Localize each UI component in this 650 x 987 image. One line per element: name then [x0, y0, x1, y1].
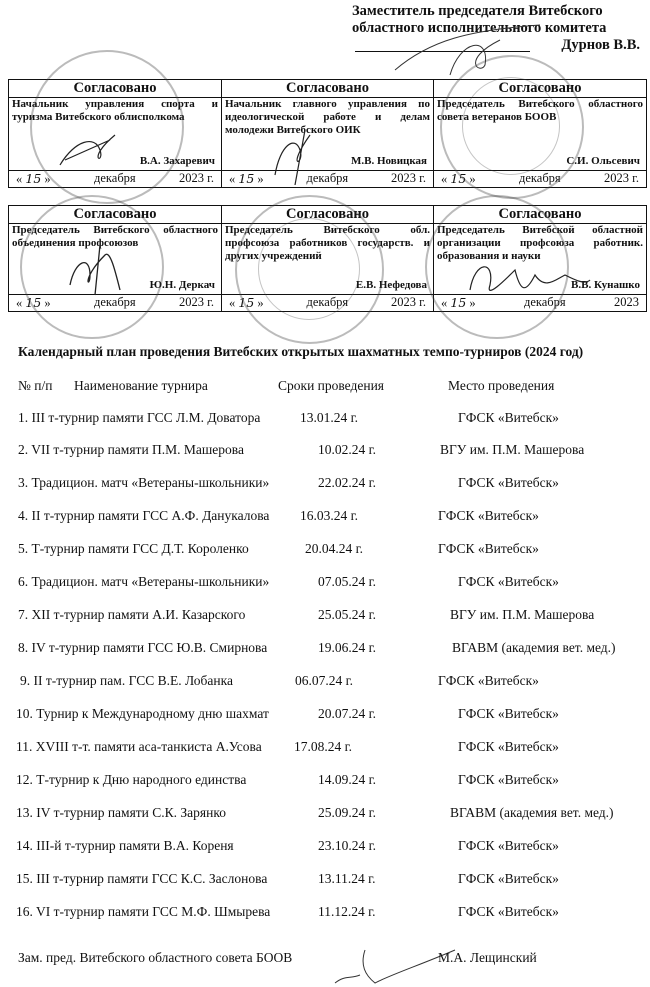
quote-open: «	[16, 172, 22, 186]
quote-close: »	[257, 172, 263, 186]
approvals-table-1: Согласовано Согласовано Согласовано Нача…	[8, 79, 647, 188]
approver-name: Дурнов В.В.	[561, 37, 640, 53]
tournament-place: ГФСК «Витебск»	[458, 475, 559, 491]
tournament-date: 06.07.24 г.	[295, 673, 353, 689]
tournament-number: 9.	[20, 673, 30, 688]
tournament-number: 1.	[18, 410, 28, 425]
approver-title-line1: Заместитель председателя Витебского	[352, 3, 642, 20]
approval-role: Председатель Витебской областной организ…	[437, 224, 643, 263]
tournament-place: ГФСК «Витебск»	[458, 871, 559, 887]
column-header-dates: Сроки проведения	[278, 378, 384, 394]
approval-cell: Председатель Витебской областной организ…	[434, 224, 647, 295]
quote-open: «	[441, 296, 447, 310]
tournament-row: 3. Традицион. матч «Ветераны-школьники»2…	[0, 475, 650, 493]
tournament-date: 16.03.24 г.	[300, 508, 358, 524]
approval-day: 15	[238, 171, 254, 186]
tournament-title: Т-турнир памяти ГСС Д.Т. Короленко	[32, 541, 249, 556]
tournament-row: 16. VI т-турнир памяти ГСС М.Ф. Шмырева1…	[0, 904, 650, 922]
tournament-date: 07.05.24 г.	[318, 574, 376, 590]
approval-cell: Начальник главного управления по идеолог…	[222, 98, 434, 171]
tournament-number: 14.	[16, 838, 33, 853]
quote-open: «	[229, 172, 235, 186]
approval-day: 15	[450, 171, 466, 186]
tournament-row: 6. Традицион. матч «Ветераны-школьники»0…	[0, 574, 650, 592]
tournament-date: 10.02.24 г.	[318, 442, 376, 458]
tournament-number: 6.	[18, 574, 28, 589]
tournament-row: 15. III т-турнир памяти ГСС К.С. Заслоно…	[0, 871, 650, 889]
tournament-date: 22.02.24 г.	[318, 475, 376, 491]
tournament-number: 8.	[18, 640, 28, 655]
tournament-name: 11. XVIII т-т. памяти аса-танкиста А.Усо…	[16, 739, 262, 755]
approver-name-line: Дурнов В.В.	[352, 37, 642, 54]
tournament-place: ГФСК «Витебск»	[458, 739, 559, 755]
column-header-num: № п/п	[18, 378, 52, 394]
approval-role: Председатель Витебского обл. профсоюза р…	[225, 224, 430, 263]
approval-role: Председатель Витебского областного объед…	[12, 224, 218, 250]
tournament-row: 5. Т-турнир памяти ГСС Д.Т. Короленко20.…	[0, 541, 650, 559]
quote-close: »	[469, 296, 475, 310]
tournament-row: 14. III-й т-турнир памяти В.А. Кореня23.…	[0, 838, 650, 856]
approval-year: 2023 г.	[604, 171, 639, 187]
tournament-date: 20.07.24 г.	[318, 706, 376, 722]
approval-day: 15	[450, 295, 466, 310]
tournament-row: 7. XII т-турнир памяти А.И. Казарского25…	[0, 607, 650, 625]
column-header-name: Наименование турнира	[74, 378, 208, 394]
approval-date: « 15 » декабря 2023	[434, 295, 647, 312]
tournament-name: 1. III т-турнир памяти ГСС Л.М. Доватора	[18, 410, 260, 426]
approval-cell: Председатель Витебского областного совет…	[434, 98, 647, 171]
approval-role: Председатель Витебского областного совет…	[437, 98, 643, 124]
quote-open: «	[441, 172, 447, 186]
tournament-name: 8. IV т-турнир памяти ГСС Ю.В. Смирнова	[18, 640, 267, 656]
approval-month: декабря	[306, 295, 348, 311]
tournament-row: 1. III т-турнир памяти ГСС Л.М. Доватора…	[0, 410, 650, 428]
tournament-row: 8. IV т-турнир памяти ГСС Ю.В. Смирнова1…	[0, 640, 650, 658]
tournament-title: III т-турнир памяти ГСС Л.М. Доватора	[32, 410, 261, 425]
tournament-name: 16. VI т-турнир памяти ГСС М.Ф. Шмырева	[16, 904, 270, 920]
approval-header: Согласовано	[434, 80, 647, 98]
approval-year: 2023 г.	[179, 171, 214, 187]
tournament-name: 15. III т-турнир памяти ГСС К.С. Заслоно…	[16, 871, 267, 887]
approval-name: В.А. Захаревич	[140, 155, 215, 168]
tournament-number: 15.	[16, 871, 33, 886]
tournament-place: ГФСК «Витебск»	[458, 410, 559, 426]
approval-month: декабря	[519, 171, 561, 187]
approval-year: 2023 г.	[391, 171, 426, 187]
tournament-place: ГФСК «Витебск»	[438, 673, 539, 689]
approval-day: 15	[25, 171, 41, 186]
tournament-date: 17.08.24 г.	[294, 739, 352, 755]
approval-year: 2023 г.	[391, 295, 426, 311]
tournament-title: III т-турнир памяти ГСС К.С. Заслонова	[36, 871, 267, 886]
quote-open: «	[16, 296, 22, 310]
column-header-place: Место проведения	[448, 378, 554, 394]
approval-role: Начальник главного управления по идеолог…	[225, 98, 430, 137]
approver-title-line2: областного исполнительного комитета	[352, 20, 642, 37]
tournament-place: ВГУ им. П.М. Машерова	[440, 442, 584, 458]
plan-title: Календарный план проведения Витебских от…	[18, 344, 583, 360]
tournament-title: Традицион. матч «Ветераны-школьники»	[32, 574, 270, 589]
tournament-number: 3.	[18, 475, 28, 490]
approval-date: « 15 » декабря 2023 г.	[9, 295, 222, 312]
tournament-title: II т-турнир пам. ГСС В.Е. Лобанка	[34, 673, 233, 688]
tournament-number: 2.	[18, 442, 28, 457]
tournament-name: 2. VII т-турнир памяти П.М. Машерова	[18, 442, 244, 458]
approval-cell: Председатель Витебского областного объед…	[9, 224, 222, 295]
tournament-number: 5.	[18, 541, 28, 556]
approval-header: Согласовано	[222, 80, 434, 98]
tournament-place: ГФСК «Витебск»	[458, 574, 559, 590]
tournament-title: Традицион. матч «Ветераны-школьники»	[32, 475, 270, 490]
tournament-name: 5. Т-турнир памяти ГСС Д.Т. Короленко	[18, 541, 249, 557]
tournament-name: 4. II т-турнир памяти ГСС А.Ф. Данукалов…	[18, 508, 269, 524]
signature-line	[355, 51, 530, 52]
tournament-place: ВГУ им. П.М. Машерова	[450, 607, 594, 623]
tournament-date: 23.10.24 г.	[318, 838, 376, 854]
approval-month: декабря	[94, 295, 136, 311]
approval-date: « 15 » декабря 2023 г.	[434, 171, 647, 188]
tournament-number: 10.	[16, 706, 33, 721]
tournament-number: 16.	[16, 904, 33, 919]
tournament-row: 13. IV т-турнир памяти С.К. Зарянко25.09…	[0, 805, 650, 823]
tournament-date: 13.01.24 г.	[300, 410, 358, 426]
tournament-date: 25.09.24 г.	[318, 805, 376, 821]
approval-month: декабря	[524, 295, 566, 311]
approver-block: Заместитель председателя Витебского обла…	[352, 3, 642, 54]
approval-header: Согласовано	[434, 206, 647, 224]
approval-name: М.В. Новицкая	[351, 155, 427, 168]
tournament-row: 12. Т-турнир к Дню народного единства14.…	[0, 772, 650, 790]
tournament-place: ВГАВМ (академия вет. мед.)	[450, 805, 614, 821]
tournament-name: 6. Традицион. матч «Ветераны-школьники»	[18, 574, 269, 590]
tournament-title: Турнир к Международному дню шахмат	[36, 706, 269, 721]
quote-close: »	[44, 172, 50, 186]
tournament-date: 20.04.24 г.	[305, 541, 363, 557]
tournament-title: Т-турнир к Дню народного единства	[36, 772, 246, 787]
tournament-name: 13. IV т-турнир памяти С.К. Зарянко	[16, 805, 226, 821]
tournament-name: 7. XII т-турнир памяти А.И. Казарского	[18, 607, 245, 623]
tournament-place: ГФСК «Витебск»	[438, 508, 539, 524]
footer-position: Зам. пред. Витебского областного совета …	[18, 950, 292, 966]
quote-open: «	[229, 296, 235, 310]
approval-date: « 15 » декабря 2023 г.	[222, 295, 434, 312]
tournament-row: 11. XVIII т-т. памяти аса-танкиста А.Усо…	[0, 739, 650, 757]
tournament-title: III-й т-турнир памяти В.А. Кореня	[36, 838, 233, 853]
tournament-name: 3. Традицион. матч «Ветераны-школьники»	[18, 475, 269, 491]
tournament-number: 7.	[18, 607, 28, 622]
tournament-title: XVIII т-т. памяти аса-танкиста А.Усова	[36, 739, 262, 754]
tournament-row: 10. Турнир к Международному дню шахмат20…	[0, 706, 650, 724]
tournament-date: 13.11.24 г.	[318, 871, 376, 887]
tournament-number: 13.	[16, 805, 33, 820]
quote-close: »	[469, 172, 475, 186]
approval-name: С.И. Ольсевич	[566, 155, 640, 168]
tournament-name: 14. III-й т-турнир памяти В.А. Кореня	[16, 838, 234, 854]
approval-header: Согласовано	[9, 80, 222, 98]
approval-date: « 15 » декабря 2023 г.	[222, 171, 434, 188]
approval-name: Ю.Н. Деркач	[150, 279, 215, 292]
approval-role: Начальник управления спорта и туризма Ви…	[12, 98, 218, 124]
tournament-number: 12.	[16, 772, 33, 787]
approval-date: « 15 » декабря 2023 г.	[9, 171, 222, 188]
approval-year: 2023 г.	[179, 295, 214, 311]
tournament-place: ГФСК «Витебск»	[458, 904, 559, 920]
approval-header: Согласовано	[9, 206, 222, 224]
approval-name: В.В. Кунашко	[571, 279, 640, 292]
tournament-title: VI т-турнир памяти ГСС М.Ф. Шмырева	[36, 904, 270, 919]
tournament-place: ГФСК «Витебск»	[458, 838, 559, 854]
tournament-name: 12. Т-турнир к Дню народного единства	[16, 772, 246, 788]
tournament-date: 19.06.24 г.	[318, 640, 376, 656]
tournament-title: IV т-турнир памяти С.К. Зарянко	[36, 805, 226, 820]
approval-cell: Председатель Витебского обл. профсоюза р…	[222, 224, 434, 295]
tournament-row: 4. II т-турнир памяти ГСС А.Ф. Данукалов…	[0, 508, 650, 526]
approval-day: 15	[238, 295, 254, 310]
approval-cell: Начальник управления спорта и туризма Ви…	[9, 98, 222, 171]
approval-name: Е.В. Нефедова	[356, 279, 427, 292]
tournament-number: 4.	[18, 508, 28, 523]
tournament-number: 11.	[16, 739, 32, 754]
tournament-row: 2. VII т-турнир памяти П.М. Машерова10.0…	[0, 442, 650, 460]
approval-month: декабря	[306, 171, 348, 187]
tournament-place: ГФСК «Витебск»	[458, 772, 559, 788]
tournament-name: 9. II т-турнир пам. ГСС В.Е. Лобанка	[20, 673, 233, 689]
approval-header: Согласовано	[222, 206, 434, 224]
tournament-title: IV т-турнир памяти ГСС Ю.В. Смирнова	[32, 640, 268, 655]
tournament-row: 9. II т-турнир пам. ГСС В.Е. Лобанка06.0…	[0, 673, 650, 691]
tournament-title: VII т-турнир памяти П.М. Машерова	[31, 442, 244, 457]
approvals-table-2: Согласовано Согласовано Согласовано Пред…	[8, 205, 647, 312]
quote-close: »	[44, 296, 50, 310]
tournament-place: ВГАВМ (академия вет. мед.)	[452, 640, 616, 656]
tournament-place: ГФСК «Витебск»	[438, 541, 539, 557]
footer-name: М.А. Лещинский	[438, 950, 537, 966]
quote-close: »	[257, 296, 263, 310]
approval-year: 2023	[614, 295, 639, 311]
tournament-title: XII т-турнир памяти А.И. Казарского	[32, 607, 246, 622]
approval-month: декабря	[94, 171, 136, 187]
tournament-place: ГФСК «Витебск»	[458, 706, 559, 722]
approval-day: 15	[25, 295, 41, 310]
tournament-date: 25.05.24 г.	[318, 607, 376, 623]
tournament-date: 11.12.24 г.	[318, 904, 376, 920]
tournament-date: 14.09.24 г.	[318, 772, 376, 788]
tournament-title: II т-турнир памяти ГСС А.Ф. Данукалова	[32, 508, 270, 523]
tournament-name: 10. Турнир к Международному дню шахмат	[16, 706, 269, 722]
